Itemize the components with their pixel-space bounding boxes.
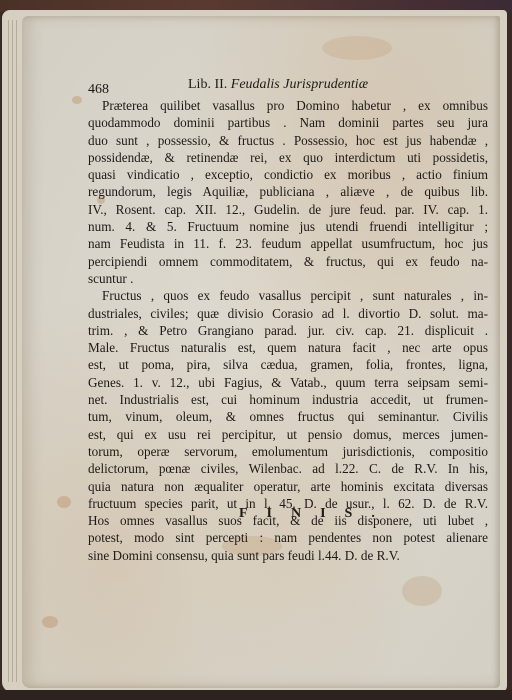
text-line: net. Industrialis est, cui hominum indus… [88, 391, 488, 408]
page-edge [8, 20, 9, 682]
foxing-spot [322, 36, 392, 60]
text-line: est, qui ex usu rei percipitur, ut pensi… [88, 426, 488, 443]
text-line: Fructus , quos ex feudo vasallus percipi… [88, 287, 488, 304]
running-head: 468 Lib. II. Feudalis Jurisprudentiæ [88, 77, 488, 97]
text-line: potest, modo sint percepti : nam pendent… [88, 529, 488, 546]
text-line: duo sunt , possessio, & fructus . Posses… [88, 132, 488, 149]
text-line: possidendæ, & retinendæ rei, ex quo inte… [88, 149, 488, 166]
foxing-spot [42, 616, 58, 628]
text-line: Male. Fructus naturalis est, quem natura… [88, 339, 488, 356]
text-line: dustriales, civiles; quæ divisio Corasio… [88, 305, 488, 322]
foxing-spot [72, 96, 82, 104]
paragraph-2: Fructus , quos ex feudo vasallus percipi… [88, 287, 488, 564]
text-line: est, ut poma, pira, silva cædua, gramen,… [88, 356, 488, 373]
page-text: 468 Lib. II. Feudalis Jurisprudentiæ Præ… [88, 77, 488, 564]
text-line: Genes. 1. v. 12., ubi Fagius, & Vatab., … [88, 374, 488, 391]
text-line: torum, operæ servorum, emolumentum juris… [88, 443, 488, 460]
text-line: IV., Rosent. cap. XII. 12., Gudelin. de … [88, 201, 488, 218]
foxing-spot [402, 576, 442, 606]
text-line: quia natura non æqualiter operatur, arte… [88, 478, 488, 495]
text-line: sine Domini consensu, quia sunt pars feu… [88, 547, 488, 564]
foxing-spot [57, 496, 71, 508]
paragraph-1: Præterea quilibet vasallus pro Domino ha… [88, 97, 488, 287]
text-line: trim. , & Petro Grangiano parad. jur. ci… [88, 322, 488, 339]
text-line: quasi vindicatio , exceptio, condictio e… [88, 166, 488, 183]
text-line: Præterea quilibet vasallus pro Domino ha… [88, 97, 488, 114]
text-line: nam Feudista in 11. f. 23. feudum appell… [88, 235, 488, 252]
page-number: 468 [88, 81, 109, 98]
text-line: regundorum, legis Aquiliæ, publiciana , … [88, 183, 488, 200]
book-cover-bottom [0, 690, 512, 700]
page-edge [16, 20, 17, 682]
text-line: num. 4. & 5. Fructuum nomine jus utendi … [88, 218, 488, 235]
text-line: scuntur . [88, 270, 488, 287]
running-head-title: Lib. II. Feudalis Jurisprudentiæ [188, 76, 368, 93]
text-line: percipiendi omnem commoditatem, & fructu… [88, 253, 488, 270]
finis-colophon: FINIS. [239, 506, 394, 522]
text-line: delictorum, pœnæ civiles, Wilenbac. ad l… [88, 460, 488, 477]
text-line: quodammodo dominii partibus . Nam domini… [88, 114, 488, 131]
page-edge [12, 20, 13, 682]
text-line: tum, vinum, oleum, & omnes fructus qui s… [88, 408, 488, 425]
